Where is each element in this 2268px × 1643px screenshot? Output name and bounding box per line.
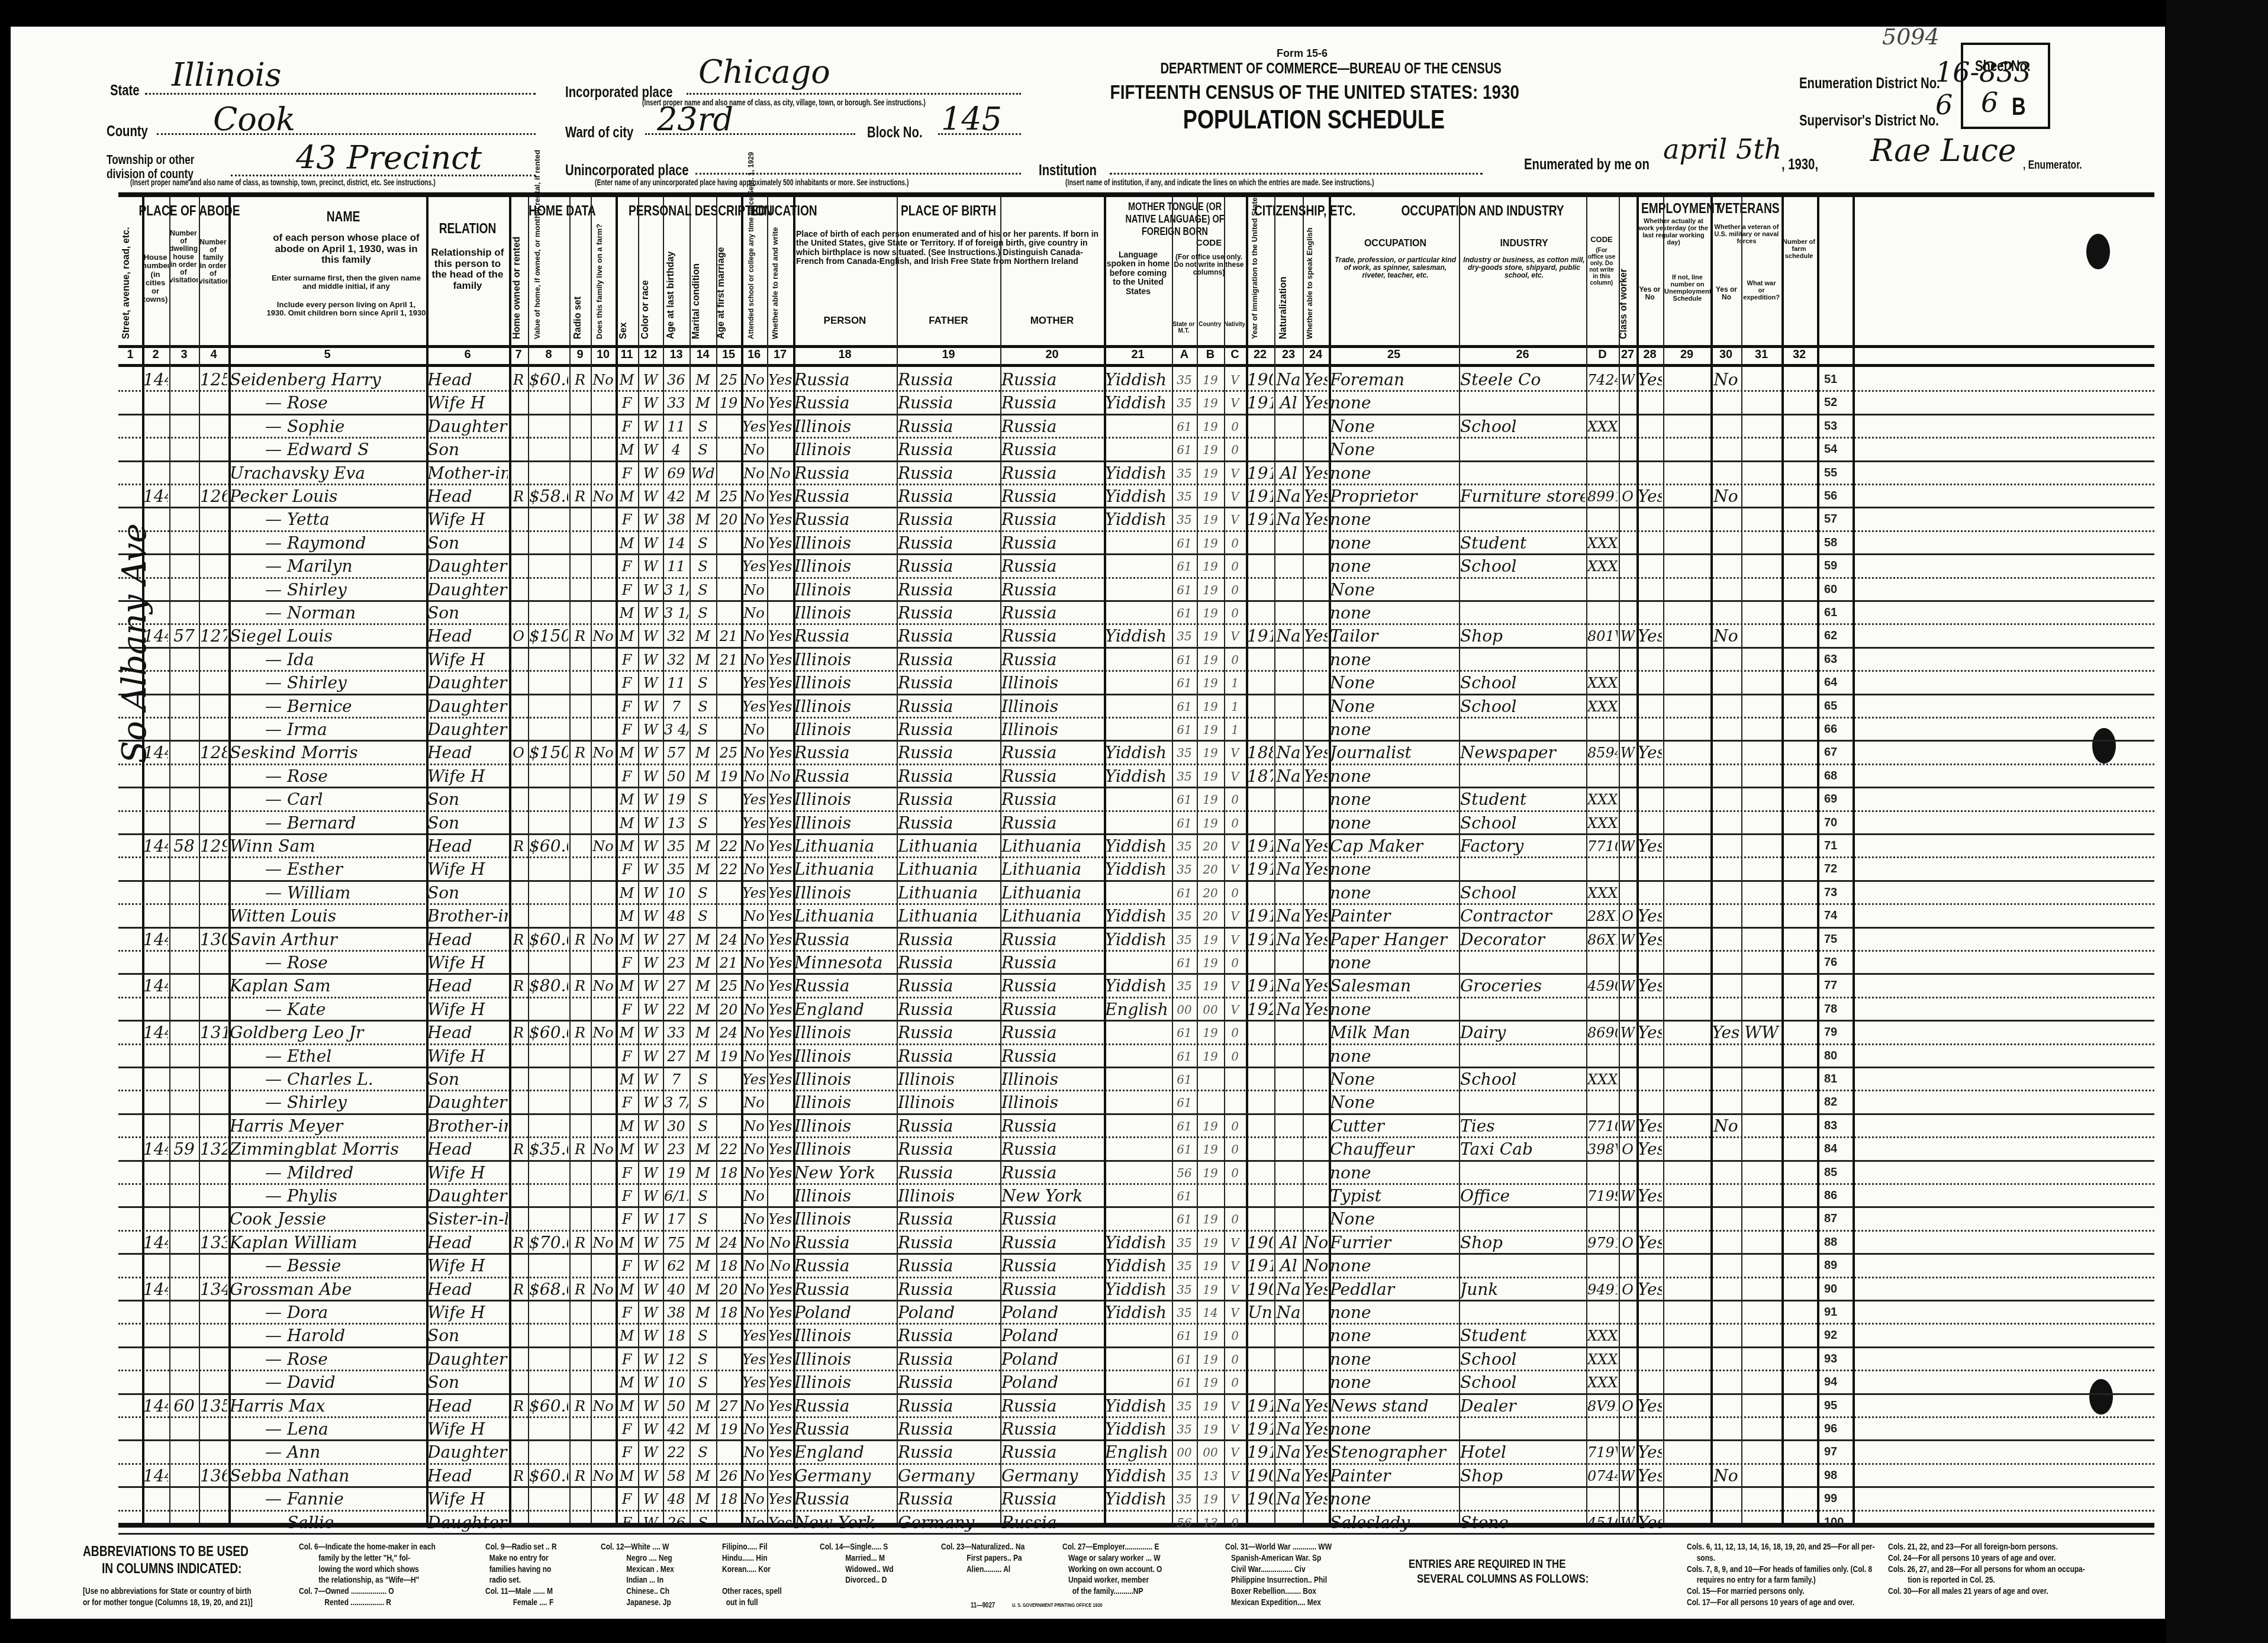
cell-age: 58	[664, 1463, 688, 1486]
cell-vet	[1712, 670, 1740, 693]
cell-lang: Yiddish	[1105, 460, 1171, 484]
cell-sex: F	[617, 1486, 637, 1509]
cell-emp	[1638, 390, 1662, 413]
cell-relation: Head	[427, 1230, 508, 1253]
cell-occ: Stenographer	[1330, 1439, 1458, 1462]
cell-cc: 0	[1225, 1206, 1245, 1229]
cell-nat: Na	[1275, 973, 1301, 996]
cell-dwelling	[170, 997, 198, 1020]
column-number: 20	[1000, 348, 1104, 362]
cell-war	[1742, 1463, 1780, 1486]
cell-school: Yes	[742, 1346, 766, 1370]
cell-mother: Russia	[1001, 553, 1103, 576]
cell-family	[200, 390, 227, 413]
cell-vet: No	[1712, 484, 1740, 507]
cell-value	[529, 1043, 568, 1067]
column-divider	[199, 197, 200, 1523]
abbrev-title: ABBREVIATIONS TO BE USED IN COLUMNS INDI…	[83, 1544, 249, 1578]
cell-cb	[1198, 1067, 1223, 1090]
cell-occ: none	[1330, 997, 1458, 1020]
cell-vet	[1712, 1043, 1740, 1067]
cell-cls	[1620, 810, 1635, 833]
cell-war	[1742, 1206, 1780, 1229]
cell-eng	[1304, 1160, 1328, 1183]
cell-eng	[1304, 1370, 1328, 1393]
cell-age_marr: 21	[717, 647, 740, 670]
cell-occ: none	[1330, 856, 1458, 880]
print-code: 11—9027	[971, 1601, 995, 1610]
cell-relation: Son	[427, 787, 508, 810]
cell-owned	[510, 903, 527, 926]
cell-house	[143, 950, 168, 973]
cell-radio	[571, 950, 589, 973]
cell-war	[1742, 903, 1780, 926]
cell-value: $60.00	[529, 1393, 568, 1416]
cell-value: $35.00	[529, 1136, 568, 1159]
cell-eng: Yes	[1304, 1277, 1328, 1300]
cell-mother: Russia	[1001, 787, 1103, 810]
cell-cc: V	[1225, 460, 1245, 484]
cell-age_marr	[717, 1090, 740, 1113]
cell-father: Russia	[898, 694, 999, 717]
cell-vet	[1712, 1439, 1740, 1462]
cell-cd: 4510	[1587, 1510, 1618, 1533]
cell-house: 1448	[143, 1463, 168, 1486]
cell-owned	[510, 810, 527, 833]
cell-read: Yes	[768, 997, 792, 1020]
cell-farm: No	[592, 484, 614, 507]
cell-name: Kaplan William	[230, 1230, 425, 1253]
cell-age_marr	[717, 1323, 740, 1346]
header-language: Language spoken in home before coming to…	[1106, 250, 1171, 296]
cell-owned	[510, 1253, 527, 1276]
cell-eng	[1304, 810, 1328, 833]
cell-nat: Na	[1275, 367, 1301, 390]
cell-mother: Russia	[1001, 973, 1103, 996]
cell-school: No	[742, 623, 766, 646]
cell-house	[143, 1206, 168, 1229]
cell-radio	[571, 600, 589, 623]
column-divider	[616, 197, 618, 1523]
cell-radio	[571, 856, 589, 880]
cell-relation: Daughter	[427, 1346, 508, 1370]
cell-house	[143, 1323, 168, 1346]
cell-mother: Russia	[1001, 1230, 1103, 1253]
column-number: 26	[1459, 348, 1586, 362]
cell-ind: Contractor	[1460, 903, 1585, 926]
cell-house: 1448	[143, 833, 168, 856]
cell-cd: XXXX	[1587, 1346, 1618, 1370]
cell-immig: 1911	[1247, 390, 1273, 413]
line-number: 100	[1824, 1516, 1844, 1529]
cell-owned	[510, 1300, 527, 1323]
cell-eng: Yes	[1304, 623, 1328, 646]
cell-cls	[1620, 1043, 1635, 1067]
table-row: — EstherWife HFW35M22NoYesLithuaniaLithu…	[118, 856, 2154, 881]
cell-cc: V	[1225, 484, 1245, 507]
cell-owned: O	[510, 740, 527, 763]
cell-cls	[1620, 1323, 1635, 1346]
cell-age_marr	[717, 577, 740, 600]
cell-father: Russia	[898, 484, 999, 507]
header-dwelling: Number of dwelling house in order of vis…	[169, 230, 198, 284]
cell-birth: Illinois	[794, 670, 895, 693]
cell-ca: 61	[1173, 787, 1196, 810]
cell-race: W	[639, 1113, 662, 1136]
cell-owned: R	[510, 1393, 527, 1416]
cell-ind: School	[1460, 810, 1585, 833]
cell-cb: 19	[1198, 1416, 1223, 1439]
cell-owned	[510, 460, 527, 484]
cell-relation: Head	[427, 973, 508, 996]
cell-sex: M	[617, 1020, 637, 1043]
cell-occ: none	[1330, 553, 1458, 576]
cell-immig	[1247, 414, 1273, 437]
cell-age: 27	[664, 927, 688, 950]
cell-age: 10	[664, 1370, 688, 1393]
cell-emp	[1638, 1043, 1662, 1067]
group-occupation-industry: OCCUPATION AND INDUSTRY	[1359, 203, 1606, 220]
cell-house	[143, 1486, 168, 1509]
cell-vet	[1712, 1486, 1740, 1509]
cell-mother: Russia	[1001, 577, 1103, 600]
cell-value: $60.00	[529, 927, 568, 950]
cell-lang	[1105, 647, 1171, 670]
cell-radio: R	[571, 1463, 589, 1486]
column-divider	[1817, 197, 1819, 1523]
cell-immig	[1247, 1136, 1273, 1159]
cell-cb: 19	[1198, 1230, 1223, 1253]
cell-vet: Yes	[1712, 1020, 1740, 1043]
column-divider	[1224, 197, 1225, 1523]
cell-value	[529, 390, 568, 413]
supervisor-value: 6	[1935, 89, 1953, 121]
column-number: 22	[1246, 348, 1274, 362]
institution-label: Institution	[1039, 161, 1097, 179]
cell-immig: 1903	[1247, 367, 1273, 390]
table-row: — PhylisDaughterFW6/12SNoIllinoisIllinoi…	[118, 1183, 2154, 1208]
cell-radio: R	[571, 1393, 589, 1416]
cell-birth: Russia	[794, 390, 895, 413]
cell-farm	[592, 997, 614, 1020]
cell-occ: none	[1330, 1160, 1458, 1183]
cell-read: Yes	[768, 1160, 792, 1183]
column-number: A	[1172, 348, 1197, 362]
cell-house	[143, 1346, 168, 1370]
cell-war	[1742, 997, 1780, 1020]
cell-occ: None	[1330, 414, 1458, 437]
cell-birth: Illinois	[794, 577, 895, 600]
cell-farm: No	[592, 1230, 614, 1253]
cell-owned	[510, 1439, 527, 1462]
cell-ind: School	[1460, 694, 1585, 717]
cell-mother: Poland	[1001, 1300, 1103, 1323]
cell-cls: W	[1620, 623, 1635, 646]
column-divider	[690, 197, 691, 1523]
cell-read: Yes	[768, 950, 792, 973]
cell-ca: 61	[1173, 437, 1196, 460]
cell-age_marr	[717, 437, 740, 460]
cell-cd: XXXX	[1587, 810, 1618, 833]
cell-age: 7	[664, 1067, 688, 1090]
cell-cd: 719V	[1587, 1439, 1618, 1462]
cell-name: Winn Sam	[230, 833, 425, 856]
cell-father: Russia	[898, 600, 999, 623]
cell-war	[1742, 367, 1780, 390]
cell-relation: Head	[427, 1020, 508, 1043]
cell-sex: M	[617, 880, 637, 903]
cell-mother: Russia	[1001, 1393, 1103, 1416]
table-row: 1442133Kaplan WilliamHeadR$70.00RNoMW75M…	[118, 1230, 2154, 1255]
cell-cls	[1620, 530, 1635, 553]
cell-war	[1742, 1323, 1780, 1346]
cell-age_marr: 24	[717, 927, 740, 950]
cell-immig	[1247, 1067, 1273, 1090]
cell-radio	[571, 787, 589, 810]
cell-vet	[1712, 927, 1740, 950]
cell-value	[529, 1206, 568, 1229]
cell-nat	[1275, 577, 1301, 600]
cell-ind	[1460, 1160, 1585, 1183]
cell-emp	[1638, 856, 1662, 880]
cell-age_marr	[717, 1183, 740, 1206]
cell-mother: Illinois	[1001, 1067, 1103, 1090]
cell-farm	[592, 717, 614, 740]
cell-farm: No	[592, 973, 614, 996]
cell-immig	[1247, 577, 1273, 600]
cell-school: No	[742, 1113, 766, 1136]
cell-father: Russia	[898, 507, 999, 530]
cell-cls: O	[1620, 1393, 1635, 1416]
cell-lang	[1105, 1346, 1171, 1370]
cell-age: 22	[664, 997, 688, 1020]
cell-vet	[1712, 997, 1740, 1020]
cell-owned	[510, 1510, 527, 1533]
cell-war	[1742, 787, 1780, 810]
table-row: 144858129Winn SamHeadR$60.00NoMW35M22NoY…	[118, 833, 2154, 858]
cell-emp: Yes	[1638, 973, 1662, 996]
cell-owned	[510, 1206, 527, 1229]
cell-immig	[1247, 647, 1273, 670]
line-number: 83	[1824, 1119, 1837, 1133]
cell-relation: Wife H	[427, 856, 508, 880]
cell-read: Yes	[768, 927, 792, 950]
cell-race: W	[639, 1393, 662, 1416]
cell-cb: 19	[1198, 623, 1223, 646]
cell-value	[529, 856, 568, 880]
cell-cd	[1587, 717, 1618, 740]
cell-emp	[1638, 577, 1662, 600]
cell-age: 35	[664, 856, 688, 880]
cell-age: 69	[664, 460, 688, 484]
cell-value: $70.00	[529, 1230, 568, 1253]
cell-emp: Yes	[1638, 1510, 1662, 1533]
cell-dwelling	[170, 530, 198, 553]
cell-lang: Yiddish	[1105, 507, 1171, 530]
cell-dwelling	[170, 414, 198, 437]
cell-farm	[592, 553, 614, 576]
line-number: 60	[1824, 583, 1837, 597]
cell-cb: 19	[1198, 484, 1223, 507]
cell-radio	[571, 903, 589, 926]
cell-war	[1742, 833, 1780, 856]
cell-school: No	[742, 717, 766, 740]
cell-ca: 61	[1173, 1183, 1196, 1206]
cell-farm	[592, 787, 614, 810]
cell-value	[529, 1090, 568, 1113]
cell-age: 40	[664, 1277, 688, 1300]
cell-occ: none	[1330, 1300, 1458, 1323]
cell-age_marr: 25	[717, 484, 740, 507]
cell-immig	[1247, 600, 1273, 623]
cell-radio	[571, 1300, 589, 1323]
cell-name: Zimmingblat Morris	[230, 1136, 425, 1159]
cell-occ: none	[1330, 1323, 1458, 1346]
cell-birth: Russia	[794, 484, 895, 507]
cell-occ: None	[1330, 670, 1458, 693]
cell-occ: none	[1330, 810, 1458, 833]
cell-eng	[1304, 787, 1328, 810]
column-number: 11	[616, 348, 638, 362]
cell-family	[200, 973, 227, 996]
cell-cd: XXXX	[1587, 414, 1618, 437]
cell-emp: Yes	[1638, 1183, 1662, 1206]
cell-house	[143, 390, 168, 413]
table-row: — Edward SSonMW4SNoIllinoisRussiaRussia6…	[118, 437, 2154, 462]
line-number: 68	[1824, 769, 1837, 783]
cell-dwelling	[170, 390, 198, 413]
cell-family	[200, 1206, 227, 1229]
cell-eng	[1304, 950, 1328, 973]
cell-race: W	[639, 1510, 662, 1533]
line-number: 90	[1824, 1283, 1837, 1296]
cell-mother: Russia	[1001, 1043, 1103, 1067]
cell-emp: Yes	[1638, 1136, 1662, 1159]
cell-vet	[1712, 973, 1740, 996]
cell-dwelling: 59	[170, 1136, 198, 1159]
cell-ca: 35	[1173, 740, 1196, 763]
cell-radio	[571, 1183, 589, 1206]
cell-dwelling	[170, 927, 198, 950]
cell-radio	[571, 1043, 589, 1067]
cell-value	[529, 414, 568, 437]
cell-read: Yes	[768, 1346, 792, 1370]
cell-sex: F	[617, 1300, 637, 1323]
header-owned: Home owned or rented	[512, 237, 523, 339]
cell-name: Seidenberg Harry	[230, 367, 425, 390]
cell-nat: Na	[1275, 856, 1301, 880]
column-number: 12	[638, 348, 663, 362]
header-occupation: OCCUPATION	[1332, 239, 1459, 249]
cell-race: W	[639, 1230, 662, 1253]
cell-cls	[1620, 1253, 1635, 1276]
cell-father: Russia	[898, 1230, 999, 1253]
cell-race: W	[639, 647, 662, 670]
line-number: 92	[1824, 1329, 1837, 1342]
table-row: — CarlSonMW19SYesYesIllinoisRussiaRussia…	[118, 787, 2154, 811]
header-person: PERSON	[793, 315, 897, 327]
cell-sex: M	[617, 973, 637, 996]
table-row: — MarilynDaughterFW11SYesYesIllinoisRuss…	[118, 553, 2154, 578]
cell-cb: 19	[1198, 717, 1223, 740]
cell-race: W	[639, 1253, 662, 1276]
cell-sex: F	[617, 1346, 637, 1370]
cell-ca: 35	[1173, 856, 1196, 880]
cell-house	[143, 1416, 168, 1439]
cell-read: Yes	[768, 390, 792, 413]
block-label: Block No.	[867, 123, 923, 141]
cell-eng: Yes	[1304, 833, 1328, 856]
column-divider	[1663, 197, 1664, 1523]
cell-dwelling	[170, 577, 198, 600]
cell-ind	[1460, 507, 1585, 530]
column-number: B	[1197, 348, 1224, 362]
cell-ca: 61	[1173, 1323, 1196, 1346]
cell-owned	[510, 880, 527, 903]
cell-farm: No	[592, 1136, 614, 1159]
line-number: 85	[1824, 1166, 1837, 1180]
cell-radio	[571, 694, 589, 717]
cell-immig: 1912	[1247, 856, 1273, 880]
cell-name: Savin Arthur	[230, 927, 425, 950]
cell-value	[529, 997, 568, 1020]
cell-vet	[1712, 856, 1740, 880]
cell-occ: Painter	[1330, 903, 1458, 926]
cell-sex: M	[617, 1393, 637, 1416]
cell-nat: Na	[1275, 1486, 1301, 1509]
cell-father: Russia	[898, 1346, 999, 1370]
header-relation: Relationship of this person to the head …	[427, 247, 508, 292]
cell-nat	[1275, 1020, 1301, 1043]
cell-cd: 28X1	[1587, 903, 1618, 926]
cell-ca: 35	[1173, 623, 1196, 646]
cell-school: Yes	[742, 880, 766, 903]
cell-read: No	[768, 1253, 792, 1276]
header-employment-note: Whether actually at work yesterday (or t…	[1636, 218, 1710, 246]
cell-ind: Student	[1460, 787, 1585, 810]
cell-cb: 20	[1198, 833, 1223, 856]
column-number: 9	[569, 348, 591, 362]
cell-radio	[571, 1090, 589, 1113]
cell-emp	[1638, 647, 1662, 670]
cell-farm	[592, 1043, 614, 1067]
column-divider	[1274, 197, 1275, 1523]
cell-immig	[1247, 1370, 1273, 1393]
cell-family	[200, 437, 227, 460]
cell-house: 1440	[143, 1020, 168, 1043]
cell-read: Yes	[768, 1510, 792, 1533]
cell-eng	[1304, 1067, 1328, 1090]
cell-emp: Yes	[1638, 1393, 1662, 1416]
cell-dwelling	[170, 553, 198, 576]
cell-father: Russia	[898, 647, 999, 670]
cell-school: No	[742, 1183, 766, 1206]
cell-cd	[1587, 460, 1618, 484]
cell-marital: S	[691, 414, 715, 437]
cell-eng	[1304, 1510, 1328, 1533]
line-number: 86	[1824, 1189, 1837, 1203]
cell-farm	[592, 1183, 614, 1206]
cell-farm	[592, 390, 614, 413]
header-radio: Radio set	[573, 297, 584, 339]
cell-age_marr	[717, 1346, 740, 1370]
column-divider	[1459, 197, 1460, 1523]
cell-dwelling	[170, 647, 198, 670]
cell-family	[200, 810, 227, 833]
cell-cls	[1620, 787, 1635, 810]
table-row: — DoraWife HFW38M18NoYesPolandPolandPola…	[118, 1300, 2154, 1325]
column-divider	[1000, 197, 1001, 1523]
